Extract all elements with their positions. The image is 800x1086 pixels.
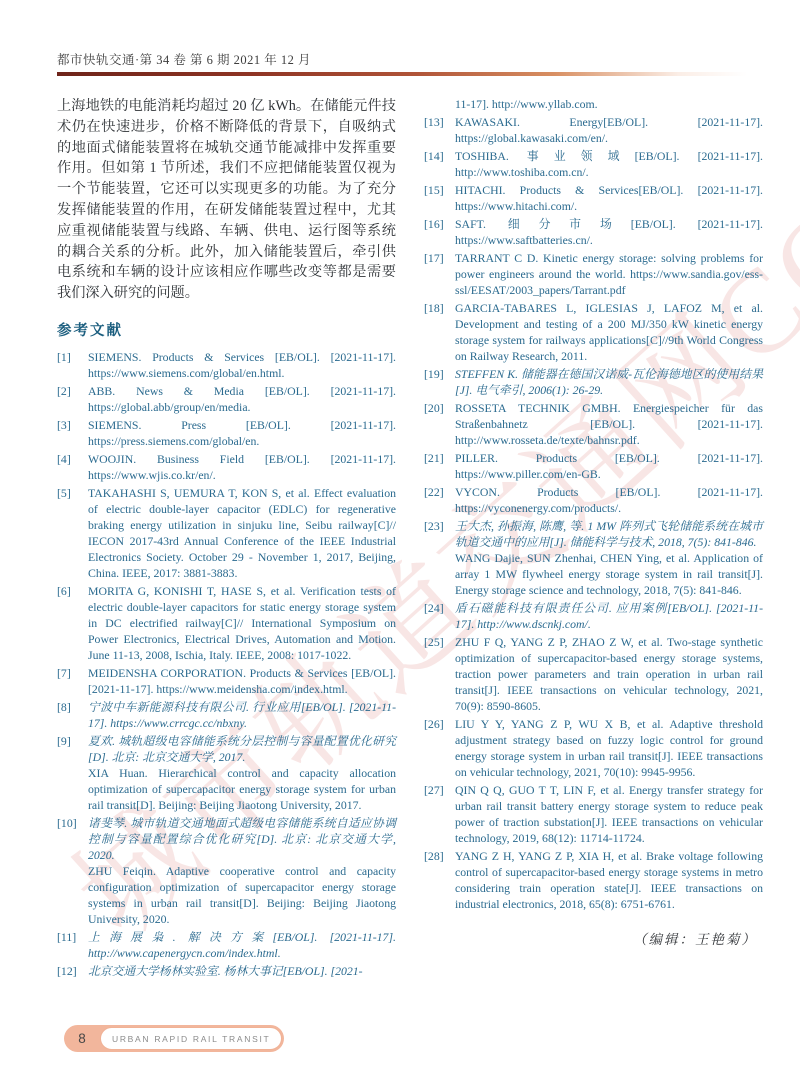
reference-entry: [24]盾石磁能科技有限责任公司. 应用案例[EB/OL]. [2021-11-…	[424, 600, 763, 632]
reference-number: [23]	[424, 518, 455, 598]
reference-body: MEIDENSHA CORPORATION. Products & Servic…	[88, 665, 396, 697]
reference-number: [7]	[57, 665, 88, 697]
reference-entry: [3]SIEMENS. Press [EB/OL]. [2021-11-17].…	[57, 417, 396, 449]
reference-number: [13]	[424, 114, 455, 146]
right-column: 11-17]. http://www.yllab.com.[13]KAWASAK…	[424, 96, 763, 948]
reference-entry: [20]ROSSETA TECHNIK GMBH. Energiespeiche…	[424, 400, 763, 448]
reference-body: 盾石磁能科技有限责任公司. 应用案例[EB/OL]. [2021-11-17].…	[455, 600, 763, 632]
reference-number: [10]	[57, 815, 88, 927]
reference-body: 上海展枭. 解决方案[EB/OL]. [2021-11-17]. http://…	[88, 929, 396, 961]
reference-body: SIEMENS. Press [EB/OL]. [2021-11-17]. ht…	[88, 417, 396, 449]
reference-text: 王大杰, 孙振海, 陈鹰, 等. 1 MW 阵列式飞轮储能系统在城市轨道交通中的…	[455, 518, 763, 550]
reference-entry: [10]诸斐琴. 城市轨道交通地面式超级电容储能系统自适应协调控制与容量配置综合…	[57, 815, 396, 927]
page-number: 8	[64, 1031, 100, 1046]
reference-text: HITACHI. Products & Services[EB/OL]. [20…	[455, 182, 763, 214]
reference-text: 宁波中车新能源科技有限公司. 行业应用[EB/OL]. [2021-11-17]…	[88, 699, 396, 731]
reference-text: YANG Z H, YANG Z P, XIA H, et al. Brake …	[455, 848, 763, 912]
reference-text: SIEMENS. Press [EB/OL]. [2021-11-17]. ht…	[88, 417, 396, 449]
reference-entry: [8]宁波中车新能源科技有限公司. 行业应用[EB/OL]. [2021-11-…	[57, 699, 396, 731]
reference-entry: [14]TOSHIBA. 事业领域[EB/OL]. [2021-11-17]. …	[424, 148, 763, 180]
reference-number: [16]	[424, 216, 455, 248]
reference-number: [4]	[57, 451, 88, 483]
references-column-left: [1]SIEMENS. Products & Services [EB/OL].…	[57, 349, 396, 979]
reference-entry: [15]HITACHI. Products & Services[EB/OL].…	[424, 182, 763, 214]
reference-text: STEFFEN K. 储能器在德国汉诺威-瓦伦海德地区的使用结果[J]. 电气牵…	[455, 366, 763, 398]
reference-body: TAKAHASHI S, UEMURA T, KON S, et al. Eff…	[88, 485, 396, 581]
reference-text: MEIDENSHA CORPORATION. Products & Servic…	[88, 665, 396, 697]
reference-entry: [12]北京交通大学杨林实验室. 杨林大事记[EB/OL]. [2021-	[57, 963, 396, 979]
reference-text: GARCIA-TABARES L, IGLESIAS J, LAFOZ M, e…	[455, 300, 763, 364]
reference-body: MORITA G, KONISHI T, HASE S, et al. Veri…	[88, 583, 396, 663]
journal-name-badge: URBAN RAPID RAIL TRANSIT	[100, 1027, 282, 1050]
reference-text: MORITA G, KONISHI T, HASE S, et al. Veri…	[88, 583, 396, 663]
reference-number: [17]	[424, 250, 455, 298]
reference-text: TARRANT C D. Kinetic energy storage: sol…	[455, 250, 763, 298]
two-column-body: 上海地铁的电能消耗均超过 20 亿 kWh。在储能元件技术仍在快速进步，价格不断…	[57, 96, 763, 981]
reference-text: ZHU F Q, YANG Z P, ZHAO Z W, et al. Two-…	[455, 634, 763, 714]
reference-number: [19]	[424, 366, 455, 398]
reference-number: [12]	[57, 963, 88, 979]
reference-body: PILLER. Products [EB/OL]. [2021-11-17]. …	[455, 450, 763, 482]
reference-entry: 11-17]. http://www.yllab.com.	[424, 96, 763, 112]
reference-body: GARCIA-TABARES L, IGLESIAS J, LAFOZ M, e…	[455, 300, 763, 364]
journal-header-line: 都市快轨交通·第 34 卷 第 6 期 2021 年 12 月	[57, 50, 311, 68]
reference-number: [15]	[424, 182, 455, 214]
reference-number: [22]	[424, 484, 455, 516]
reference-entry: [9]夏欢. 城轨超级电容储能系统分层控制与容量配置优化研究[D]. 北京: 北…	[57, 733, 396, 813]
reference-body: 诸斐琴. 城市轨道交通地面式超级电容储能系统自适应协调控制与容量配置综合优化研究…	[88, 815, 396, 927]
reference-body: 11-17]. http://www.yllab.com.	[455, 96, 763, 112]
reference-entry: [19]STEFFEN K. 储能器在德国汉诺威-瓦伦海德地区的使用结果[J].…	[424, 366, 763, 398]
reference-text: TAKAHASHI S, UEMURA T, KON S, et al. Eff…	[88, 485, 396, 581]
references-heading: 参考文献	[57, 319, 396, 340]
reference-entry: [11]上海展枭. 解决方案[EB/OL]. [2021-11-17]. htt…	[57, 929, 396, 961]
reference-number: [25]	[424, 634, 455, 714]
reference-body: KAWASAKI. Energy[EB/OL]. [2021-11-17]. h…	[455, 114, 763, 146]
reference-entry: [25]ZHU F Q, YANG Z P, ZHAO Z W, et al. …	[424, 634, 763, 714]
reference-text: 上海展枭. 解决方案[EB/OL]. [2021-11-17]. http://…	[88, 929, 396, 961]
reference-body: STEFFEN K. 储能器在德国汉诺威-瓦伦海德地区的使用结果[J]. 电气牵…	[455, 366, 763, 398]
reference-text: WANG Dajie, SUN Zhenhai, CHEN Ying, et a…	[455, 550, 763, 598]
reference-body: YANG Z H, YANG Z P, XIA H, et al. Brake …	[455, 848, 763, 912]
reference-text: SIEMENS. Products & Services [EB/OL]. [2…	[88, 349, 396, 381]
reference-body: WOOJIN. Business Field [EB/OL]. [2021-11…	[88, 451, 396, 483]
reference-entry: [13]KAWASAKI. Energy[EB/OL]. [2021-11-17…	[424, 114, 763, 146]
reference-text: 夏欢. 城轨超级电容储能系统分层控制与容量配置优化研究[D]. 北京: 北京交通…	[88, 733, 396, 765]
paper-page: 城市轨道交通网CCRM 都市快轨交通·第 34 卷 第 6 期 2021 年 1…	[0, 0, 800, 1086]
reference-text: PILLER. Products [EB/OL]. [2021-11-17]. …	[455, 450, 763, 482]
reference-entry: [27]QIN Q Q, GUO T T, LIN F, et al. Ener…	[424, 782, 763, 846]
reference-number: [27]	[424, 782, 455, 846]
reference-text: QIN Q Q, GUO T T, LIN F, et al. Energy t…	[455, 782, 763, 846]
reference-entry: [16]SAFT. 细分市场[EB/OL]. [2021-11-17]. htt…	[424, 216, 763, 248]
reference-entry: [2]ABB. News & Media [EB/OL]. [2021-11-1…	[57, 383, 396, 415]
references-column-right: 11-17]. http://www.yllab.com.[13]KAWASAK…	[424, 96, 763, 912]
reference-number: [11]	[57, 929, 88, 961]
reference-number: [18]	[424, 300, 455, 364]
reference-entry: [21]PILLER. Products [EB/OL]. [2021-11-1…	[424, 450, 763, 482]
reference-text: ROSSETA TECHNIK GMBH. Energiespeicher fü…	[455, 400, 763, 448]
reference-text: XIA Huan. Hierarchical control and capac…	[88, 765, 396, 813]
reference-text: KAWASAKI. Energy[EB/OL]. [2021-11-17]. h…	[455, 114, 763, 146]
reference-number: [1]	[57, 349, 88, 381]
reference-text: 盾石磁能科技有限责任公司. 应用案例[EB/OL]. [2021-11-17].…	[455, 600, 763, 632]
reference-entry: [1]SIEMENS. Products & Services [EB/OL].…	[57, 349, 396, 381]
editor-note: （编辑：王艳菊）	[424, 928, 763, 948]
reference-body: SAFT. 细分市场[EB/OL]. [2021-11-17]. https:/…	[455, 216, 763, 248]
intro-paragraph: 上海地铁的电能消耗均超过 20 亿 kWh。在储能元件技术仍在快速进步，价格不断…	[57, 96, 396, 304]
reference-entry: [18]GARCIA-TABARES L, IGLESIAS J, LAFOZ …	[424, 300, 763, 364]
reference-text: ABB. News & Media [EB/OL]. [2021-11-17].…	[88, 383, 396, 415]
reference-number: [21]	[424, 450, 455, 482]
reference-text: LIU Y Y, YANG Z P, WU X B, et al. Adapti…	[455, 716, 763, 780]
reference-entry: [6]MORITA G, KONISHI T, HASE S, et al. V…	[57, 583, 396, 663]
reference-text: TOSHIBA. 事业领域[EB/OL]. [2021-11-17]. http…	[455, 148, 763, 180]
reference-number: [28]	[424, 848, 455, 912]
reference-body: 宁波中车新能源科技有限公司. 行业应用[EB/OL]. [2021-11-17]…	[88, 699, 396, 731]
header-rule	[57, 72, 747, 76]
reference-number: [24]	[424, 600, 455, 632]
reference-body: ABB. News & Media [EB/OL]. [2021-11-17].…	[88, 383, 396, 415]
reference-text: ZHU Feiqin. Adaptive cooperative control…	[88, 863, 396, 927]
reference-entry: [23]王大杰, 孙振海, 陈鹰, 等. 1 MW 阵列式飞轮储能系统在城市轨道…	[424, 518, 763, 598]
reference-number: [9]	[57, 733, 88, 813]
reference-body: ZHU F Q, YANG Z P, ZHAO Z W, et al. Two-…	[455, 634, 763, 714]
reference-entry: [17]TARRANT C D. Kinetic energy storage:…	[424, 250, 763, 298]
reference-number: [20]	[424, 400, 455, 448]
reference-number: [5]	[57, 485, 88, 581]
reference-number: [8]	[57, 699, 88, 731]
reference-entry: [26]LIU Y Y, YANG Z P, WU X B, et al. Ad…	[424, 716, 763, 780]
reference-body: 夏欢. 城轨超级电容储能系统分层控制与容量配置优化研究[D]. 北京: 北京交通…	[88, 733, 396, 813]
reference-body: ROSSETA TECHNIK GMBH. Energiespeicher fü…	[455, 400, 763, 448]
reference-body: SIEMENS. Products & Services [EB/OL]. [2…	[88, 349, 396, 381]
reference-number: [6]	[57, 583, 88, 663]
reference-body: TARRANT C D. Kinetic energy storage: sol…	[455, 250, 763, 298]
reference-text: WOOJIN. Business Field [EB/OL]. [2021-11…	[88, 451, 396, 483]
reference-body: VYCON. Products [EB/OL]. [2021-11-17]. h…	[455, 484, 763, 516]
reference-text: 11-17]. http://www.yllab.com.	[455, 96, 763, 112]
reference-number: [26]	[424, 716, 455, 780]
reference-body: HITACHI. Products & Services[EB/OL]. [20…	[455, 182, 763, 214]
reference-body: LIU Y Y, YANG Z P, WU X B, et al. Adapti…	[455, 716, 763, 780]
reference-entry: [7]MEIDENSHA CORPORATION. Products & Ser…	[57, 665, 396, 697]
reference-number: [3]	[57, 417, 88, 449]
reference-entry: [5]TAKAHASHI S, UEMURA T, KON S, et al. …	[57, 485, 396, 581]
reference-entry: [28]YANG Z H, YANG Z P, XIA H, et al. Br…	[424, 848, 763, 912]
reference-body: TOSHIBA. 事业领域[EB/OL]. [2021-11-17]. http…	[455, 148, 763, 180]
reference-body: 王大杰, 孙振海, 陈鹰, 等. 1 MW 阵列式飞轮储能系统在城市轨道交通中的…	[455, 518, 763, 598]
reference-text: 诸斐琴. 城市轨道交通地面式超级电容储能系统自适应协调控制与容量配置综合优化研究…	[88, 815, 396, 863]
reference-body: 北京交通大学杨林实验室. 杨林大事记[EB/OL]. [2021-	[88, 963, 396, 979]
reference-number: [2]	[57, 383, 88, 415]
reference-text: SAFT. 细分市场[EB/OL]. [2021-11-17]. https:/…	[455, 216, 763, 248]
footer-page-badge: 8 URBAN RAPID RAIL TRANSIT	[64, 1025, 284, 1052]
reference-text: VYCON. Products [EB/OL]. [2021-11-17]. h…	[455, 484, 763, 516]
reference-number	[424, 96, 455, 112]
reference-body: QIN Q Q, GUO T T, LIN F, et al. Energy t…	[455, 782, 763, 846]
reference-entry: [4]WOOJIN. Business Field [EB/OL]. [2021…	[57, 451, 396, 483]
reference-text: 北京交通大学杨林实验室. 杨林大事记[EB/OL]. [2021-	[88, 963, 396, 979]
reference-entry: [22]VYCON. Products [EB/OL]. [2021-11-17…	[424, 484, 763, 516]
reference-number: [14]	[424, 148, 455, 180]
left-column: 上海地铁的电能消耗均超过 20 亿 kWh。在储能元件技术仍在快速进步，价格不断…	[57, 96, 396, 981]
